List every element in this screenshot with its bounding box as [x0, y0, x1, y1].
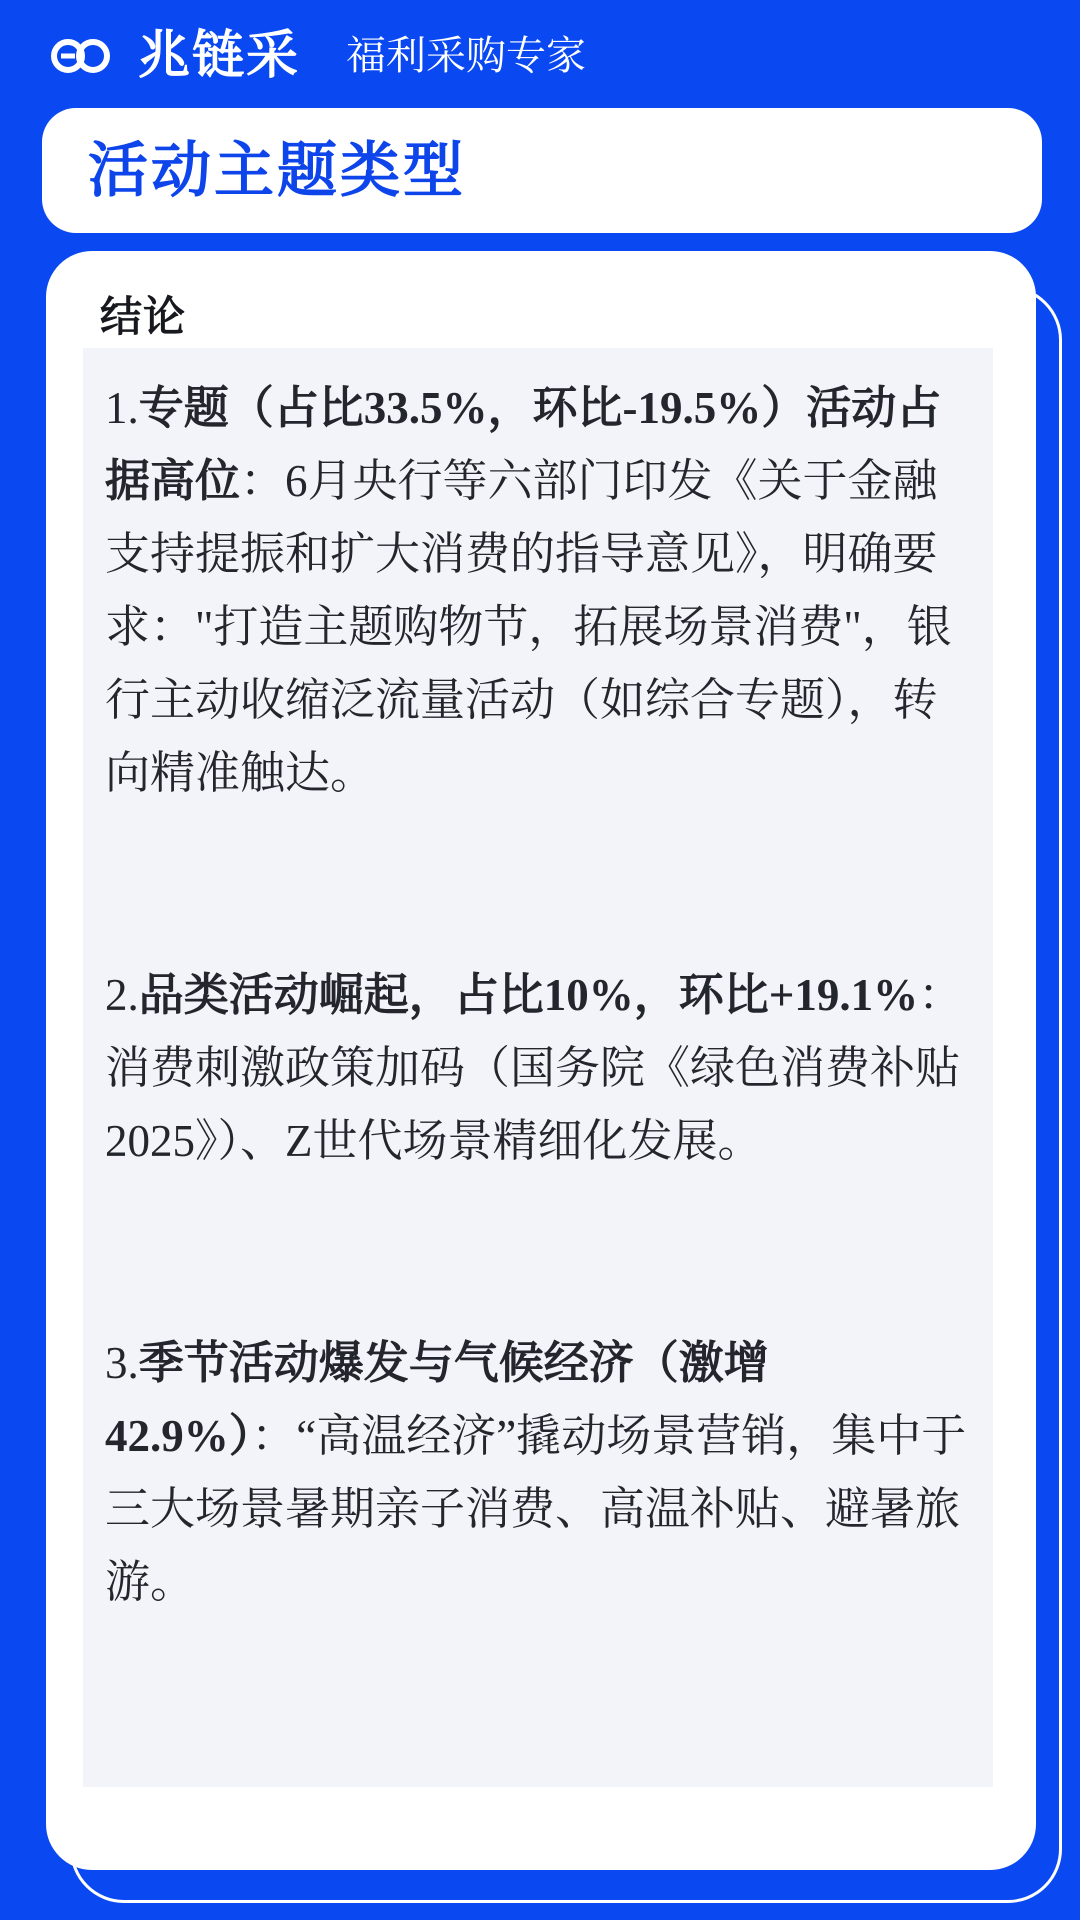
conclusion-panel: 1.专题（占比33.5%，环比-19.5%）活动占据高位：6月央行等六部门印发《…: [83, 348, 993, 1787]
conclusion-paragraph: 2.品类活动崛起，占比10%，环比+19.1%：消费刺激政策加码（国务院《绿色消…: [105, 959, 977, 1178]
conclusion-paragraph: 3.季节活动爆发与气候经济（激增42.9%）：“高温经济”撬动场景营销，集中于三…: [105, 1327, 977, 1619]
title-card: 活动主题类型: [42, 108, 1042, 233]
paragraph-number: 1.: [105, 383, 139, 433]
conclusion-paragraph: 1.专题（占比33.5%，环比-19.5%）活动占据高位：6月央行等六部门印发《…: [105, 372, 977, 810]
brand-name: 兆链采: [138, 30, 300, 82]
paragraph-body: ：6月央行等六部门印发《关于金融支持提振和扩大消费的指导意见》，明确要求："打造…: [105, 456, 952, 798]
paragraph-number: 2.: [105, 970, 139, 1020]
conclusion-heading: 结论: [100, 297, 186, 339]
paragraph-number: 3.: [105, 1338, 139, 1388]
brand-tagline: 福利采购专家: [346, 36, 586, 76]
conclusion-card: 结论 1.专题（占比33.5%，环比-19.5%）活动占据高位：6月央行等六部门…: [46, 251, 1036, 1870]
paragraph-bold-lead: 品类活动崛起，占比10%，环比+19.1%: [139, 970, 918, 1020]
chain-links-icon: [48, 35, 118, 77]
page-title: 活动主题类型: [88, 141, 466, 201]
brand-header: 兆链采 福利采购专家: [48, 22, 586, 90]
